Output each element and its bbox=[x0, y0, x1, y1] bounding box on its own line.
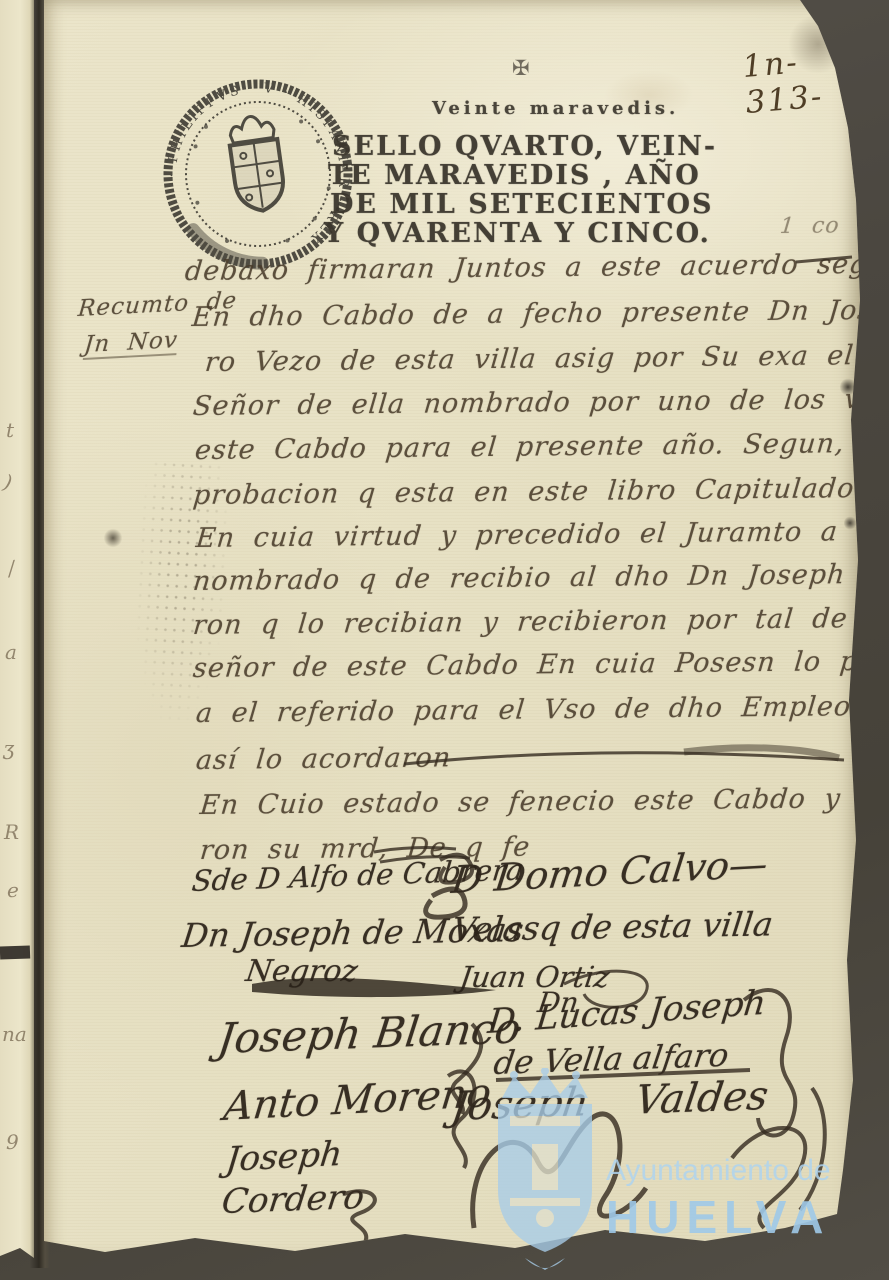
signature-cordero-last: Cordero bbox=[220, 1177, 367, 1222]
signature-cordero-first: Joseph bbox=[224, 1134, 344, 1180]
signature-negroz: Negroz bbox=[244, 954, 360, 989]
previous-page-edge: t ) / a ʒ R e na 9 bbox=[0, 0, 34, 1262]
body-line: probacion q esta en este libro Capitulad… bbox=[192, 473, 856, 511]
scanned-manuscript-photo: t ) / a ʒ R e na 9 ✠ 1n-313- bbox=[0, 0, 889, 1280]
body-line: En dho Cabdo de a fecho presente Dn Jose… bbox=[191, 293, 889, 333]
shield-tail bbox=[525, 1258, 565, 1270]
ink-blot bbox=[0, 945, 30, 959]
signature-joseph-blanco: Joseph Blanco bbox=[215, 1004, 524, 1063]
edge-writing-fragment: t bbox=[6, 418, 14, 442]
body-line: ro Vezo de esta villa asig por Su exa el… bbox=[204, 339, 889, 378]
marginal-fragment: 1 co bbox=[779, 213, 841, 239]
edge-writing-fragment: 9 bbox=[6, 1130, 19, 1154]
edge-writing-fragment: R bbox=[4, 820, 19, 844]
edge-writing-fragment: na bbox=[2, 1022, 27, 1046]
printed-stamp-header: Veinte maravedis. bbox=[432, 98, 679, 119]
ink-blot bbox=[104, 528, 122, 548]
body-line: a el referido para el Vso de dho Empleo … bbox=[195, 691, 889, 729]
body-line: Señor de ella nombrado por uno de los ve… bbox=[192, 383, 889, 422]
sello-line: SELLO QVARTO, VEIN- bbox=[332, 132, 717, 161]
edge-writing-fragment: a bbox=[5, 640, 17, 664]
body-line: señor de este Cabdo En cuia Posesn lo pu… bbox=[192, 645, 889, 684]
sello-line: DE MIL SETECIENTOS bbox=[330, 190, 717, 219]
edge-writing-fragment: ʒ bbox=[3, 736, 14, 760]
body-line: ron q lo recibian y recibieron por tal d… bbox=[192, 603, 850, 641]
body-line: este Cabdo para el presente año. Segun, … bbox=[194, 428, 882, 466]
sello-line: Y QVARENTA Y CINCO. bbox=[324, 219, 717, 248]
edge-writing-fragment: ) bbox=[1, 469, 14, 494]
signature-velasquez: Velasq de esta villa bbox=[450, 904, 776, 949]
cross-mark: ✠ bbox=[512, 56, 530, 80]
signature-valdes: Joseph Valdes bbox=[449, 1073, 771, 1130]
sello-line: TE MARAVEDIS , AÑO bbox=[328, 161, 717, 190]
printed-sello-block: SELLO QVARTO, VEIN- TE MARAVEDIS , AÑO D… bbox=[332, 132, 717, 248]
page-number: 1n-313- bbox=[741, 39, 865, 121]
edge-writing-fragment: e bbox=[7, 878, 19, 902]
edge-writing-fragment: / bbox=[6, 556, 17, 581]
signature-juan-ortiz: Juan Ortiz bbox=[458, 960, 612, 994]
closing-stroke bbox=[404, 753, 844, 764]
body-line: En Cuio estado se fenecio este Cabdo y l… bbox=[199, 782, 889, 821]
body-line: nombrado q de recibio al dho Dn Joseph D… bbox=[192, 558, 889, 597]
margin-note-line: Jn Nov bbox=[83, 327, 179, 360]
center-grand-rubric bbox=[473, 1114, 646, 1228]
manuscript-page: ✠ 1n-313- · PHILIPPVS · V · HISPANIAR · … bbox=[44, 0, 862, 1272]
body-line: debaxo firmaran Juntos a este acuerdo se… bbox=[184, 249, 889, 287]
body-line: así lo acordaron bbox=[195, 742, 453, 776]
closing-stroke-blob bbox=[684, 748, 839, 758]
body-line: En cuia virtud y precedido el Juramto a … bbox=[195, 515, 889, 554]
